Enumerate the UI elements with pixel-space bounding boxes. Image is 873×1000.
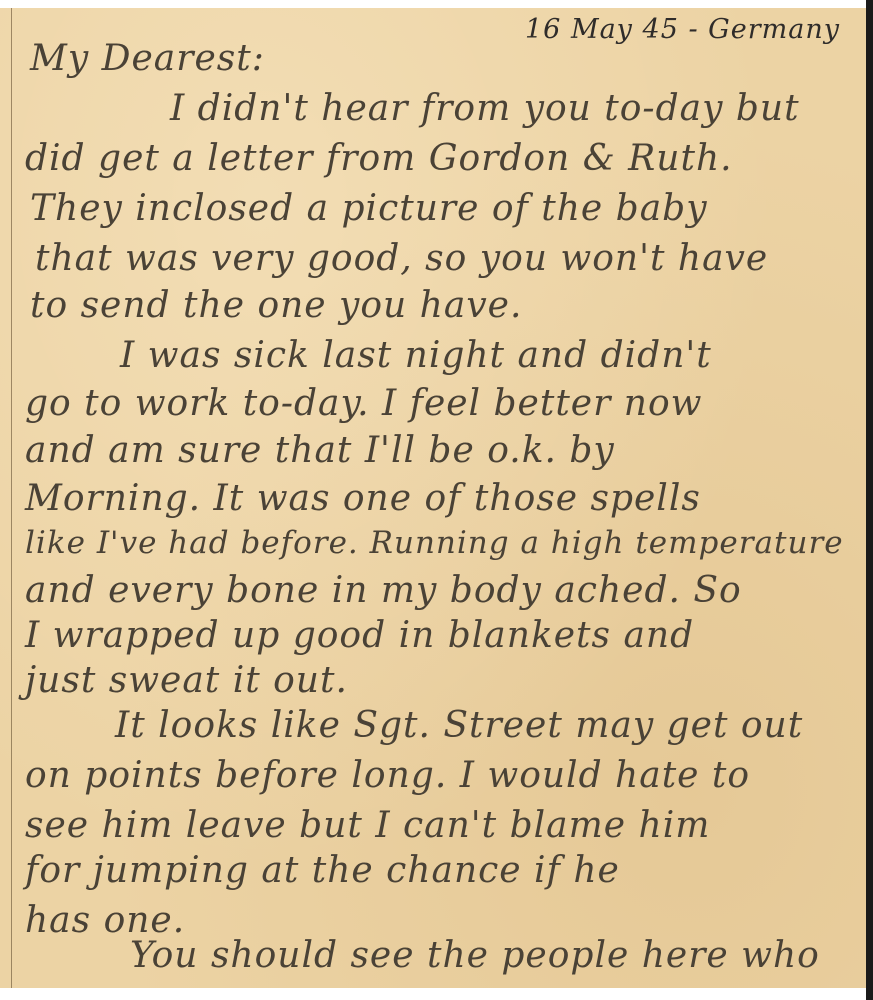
top-margin — [0, 0, 866, 8]
letter-line: on points before long. I would hate to — [25, 755, 750, 796]
letter-line: for jumping at the chance if he — [25, 850, 620, 891]
letter-line: just sweat it out. — [25, 660, 348, 701]
letter-line: like I've had before. Running a high tem… — [25, 525, 844, 561]
letter-line: I didn't hear from you to-day but — [170, 88, 800, 129]
letter-line: see him leave but I can't blame him — [25, 805, 710, 846]
letter-line: I wrapped up good in blankets and — [25, 615, 694, 656]
letter-line: go to work to-day. I feel better now — [25, 383, 702, 424]
letter-line: They inclosed a picture of the baby — [30, 188, 708, 229]
letter-line: It looks like Sgt. Street may get out — [115, 705, 803, 746]
dateline: 16 May 45 - Germany — [525, 14, 840, 45]
fold-line — [11, 8, 12, 988]
letter-line: and every bone in my body ached. So — [25, 570, 742, 611]
letter-line: I was sick last night and didn't — [120, 335, 712, 376]
letter-line: Morning. It was one of those spells — [25, 478, 701, 519]
letter-line: to send the one you have. — [30, 285, 522, 326]
letter-line: You should see the people here who — [130, 935, 820, 976]
scan-edge — [866, 0, 873, 1000]
letter-line: and am sure that I'll be o.k. by — [25, 430, 615, 471]
letter-line: that was very good, so you won't have — [35, 238, 768, 279]
letter-line: did get a letter from Gordon & Ruth. — [25, 138, 733, 179]
salutation: My Dearest: — [30, 38, 265, 79]
